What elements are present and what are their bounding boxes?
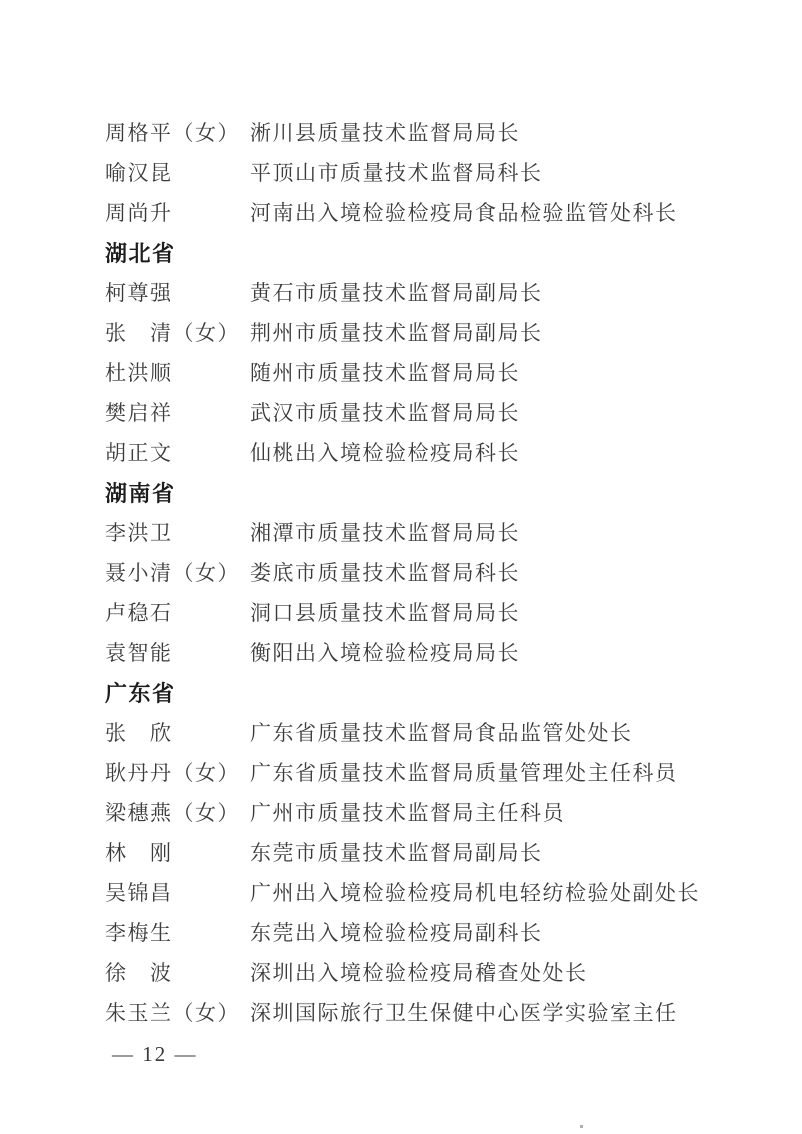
entry-position: 随州市质量技术监督局局长 [250, 357, 745, 387]
section-heading: 湖南省 [105, 472, 745, 512]
entry-row: 李洪卫 湘潭市质量技术监督局局长 [105, 512, 745, 552]
entry-row: 朱玉兰（女） 深圳国际旅行卫生保健中心医学实验室主任 [105, 992, 745, 1032]
entry-row: 樊启祥 武汉市质量技术监督局局长 [105, 392, 745, 432]
entry-position: 河南出入境检验检疫局食品检验监管处科长 [250, 197, 745, 227]
entry-name: 朱玉兰（女） [105, 997, 250, 1027]
entry-name: 李洪卫 [105, 517, 250, 547]
entry-name: 耿丹丹（女） [105, 757, 250, 787]
entry-row: 卢稳石 洞口县质量技术监督局局长 [105, 592, 745, 632]
entry-row: 林 刚 东莞市质量技术监督局副局长 [105, 832, 745, 872]
document-page: 周格平（女） 淅川县质量技术监督局局长 喻汉昆 平顶山市质量技术监督局科长 周尚… [0, 0, 802, 1134]
entry-row: 喻汉昆 平顶山市质量技术监督局科长 [105, 152, 745, 192]
province-section: 周格平（女） 淅川县质量技术监督局局长 喻汉昆 平顶山市质量技术监督局科长 周尚… [105, 112, 745, 232]
entry-name: 林 刚 [105, 837, 250, 867]
entry-position: 娄底市质量技术监督局科长 [250, 557, 745, 587]
entry-position: 武汉市质量技术监督局局长 [250, 397, 745, 427]
entry-row: 耿丹丹（女） 广东省质量技术监督局质量管理处主任科员 [105, 752, 745, 792]
entry-name: 卢稳石 [105, 597, 250, 627]
entry-row: 杜洪顺 随州市质量技术监督局局长 [105, 352, 745, 392]
entry-row: 李梅生 东莞出入境检验检疫局副科长 [105, 912, 745, 952]
entry-row: 张 清（女） 荆州市质量技术监督局副局长 [105, 312, 745, 352]
entry-name: 喻汉昆 [105, 157, 250, 187]
entry-row: 徐 波 深圳出入境检验检疫局稽查处处长 [105, 952, 745, 992]
entry-name: 聂小清（女） [105, 557, 250, 587]
entry-name: 樊启祥 [105, 397, 250, 427]
section-rows: 柯尊强 黄石市质量技术监督局副局长 张 清（女） 荆州市质量技术监督局副局长 杜… [105, 272, 745, 472]
entry-name: 周格平（女） [105, 117, 250, 147]
section-rows: 周格平（女） 淅川县质量技术监督局局长 喻汉昆 平顶山市质量技术监督局科长 周尚… [105, 112, 745, 232]
entry-position: 仙桃出入境检验检疫局科长 [250, 437, 745, 467]
section-rows: 李洪卫 湘潭市质量技术监督局局长 聂小清（女） 娄底市质量技术监督局科长 卢稳石… [105, 512, 745, 672]
entry-position: 湘潭市质量技术监督局局长 [250, 517, 745, 547]
page-footer: — 12 — [112, 1042, 198, 1067]
entry-position: 广东省质量技术监督局质量管理处主任科员 [250, 757, 745, 787]
entry-position: 淅川县质量技术监督局局长 [250, 117, 745, 147]
province-section: 湖南省 李洪卫 湘潭市质量技术监督局局长 聂小清（女） 娄底市质量技术监督局科长… [105, 472, 745, 672]
entry-row: 柯尊强 黄石市质量技术监督局副局长 [105, 272, 745, 312]
entry-name: 柯尊强 [105, 277, 250, 307]
entry-name: 吴锦昌 [105, 877, 250, 907]
entry-position: 荆州市质量技术监督局副局长 [250, 317, 745, 347]
entry-position: 深圳出入境检验检疫局稽查处处长 [250, 957, 745, 987]
scan-artifact-speck [580, 1125, 583, 1128]
entry-position: 平顶山市质量技术监督局科长 [250, 157, 745, 187]
entry-position: 东莞市质量技术监督局副局长 [250, 837, 745, 867]
entry-name: 张 欣 [105, 717, 250, 747]
entry-name: 梁穗燕（女） [105, 797, 250, 827]
entry-position: 东莞出入境检验检疫局副科长 [250, 917, 745, 947]
entry-name: 李梅生 [105, 917, 250, 947]
entry-position: 广州出入境检验检疫局机电轻纺检验处副处长 [250, 877, 745, 907]
entry-position: 衡阳出入境检验检疫局局长 [250, 637, 745, 667]
entry-position: 广东省质量技术监督局食品监管处处长 [250, 717, 745, 747]
entry-name: 袁智能 [105, 637, 250, 667]
section-heading: 湖北省 [105, 232, 745, 272]
entry-position: 洞口县质量技术监督局局长 [250, 597, 745, 627]
entry-row: 周尚升 河南出入境检验检疫局食品检验监管处科长 [105, 192, 745, 232]
province-section: 湖北省 柯尊强 黄石市质量技术监督局副局长 张 清（女） 荆州市质量技术监督局副… [105, 232, 745, 472]
section-heading: 广东省 [105, 672, 745, 712]
entry-row: 周格平（女） 淅川县质量技术监督局局长 [105, 112, 745, 152]
entry-row: 聂小清（女） 娄底市质量技术监督局科长 [105, 552, 745, 592]
section-rows: 张 欣 广东省质量技术监督局食品监管处处长 耿丹丹（女） 广东省质量技术监督局质… [105, 712, 745, 1032]
entry-row: 张 欣 广东省质量技术监督局食品监管处处长 [105, 712, 745, 752]
entry-name: 周尚升 [105, 197, 250, 227]
page-number: — 12 — [112, 1042, 198, 1066]
entry-name: 徐 波 [105, 957, 250, 987]
entry-name: 胡正文 [105, 437, 250, 467]
entry-row: 袁智能 衡阳出入境检验检疫局局长 [105, 632, 745, 672]
document-body: 周格平（女） 淅川县质量技术监督局局长 喻汉昆 平顶山市质量技术监督局科长 周尚… [105, 112, 745, 1032]
province-section: 广东省 张 欣 广东省质量技术监督局食品监管处处长 耿丹丹（女） 广东省质量技术… [105, 672, 745, 1032]
entry-row: 吴锦昌 广州出入境检验检疫局机电轻纺检验处副处长 [105, 872, 745, 912]
entry-row: 胡正文 仙桃出入境检验检疫局科长 [105, 432, 745, 472]
entry-position: 广州市质量技术监督局主任科员 [250, 797, 745, 827]
entry-name: 杜洪顺 [105, 357, 250, 387]
entry-position: 深圳国际旅行卫生保健中心医学实验室主任 [250, 997, 745, 1027]
entry-position: 黄石市质量技术监督局副局长 [250, 277, 745, 307]
entry-row: 梁穗燕（女） 广州市质量技术监督局主任科员 [105, 792, 745, 832]
entry-name: 张 清（女） [105, 317, 250, 347]
